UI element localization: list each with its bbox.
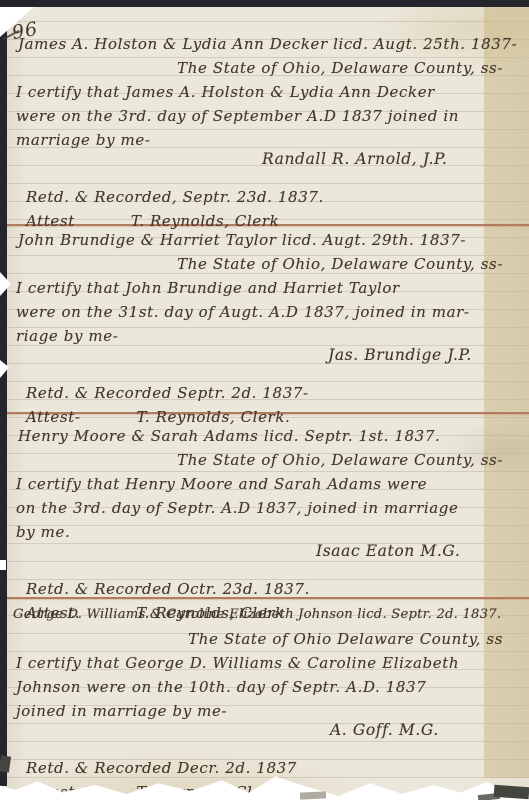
recorded-line: Retd. & Recorded Septr. 2d. 1837-	[0, 381, 529, 405]
recorded-line: Retd. & Recorded, Septr. 23d. 1837.	[0, 185, 529, 209]
recorded-line: Retd. & Recorded Decr. 2d. 1837	[0, 756, 529, 780]
top-binding-edge	[0, 0, 529, 7]
entry-state-line: The State of Ohio Delaware County, ss	[0, 627, 529, 651]
marriage-record-entry-4: George D. Williams & Caroline Elizabeth …	[0, 603, 529, 800]
entry-header: James A. Holston & Lydia Ann Decker licd…	[0, 32, 529, 56]
entry-header: John Brundige & Harriet Taylor licd. Aug…	[0, 228, 529, 252]
entry-body-line: on the 3rd. day of Septr. A.D 1837, join…	[0, 496, 529, 520]
ledger-page: 96 James A. Holston & Lydia Ann Decker l…	[0, 0, 529, 800]
recorded-line: Retd. & Recorded Octr. 23d. 1837.	[0, 577, 529, 601]
entry-state-line: The State of Ohio, Delaware County, ss-	[0, 56, 529, 80]
officiant-signature: Isaac Eaton M.G.	[316, 539, 529, 563]
entry-body-line: I certify that James A. Holston & Lydia …	[0, 80, 529, 104]
entry-header: George D. Williams & Caroline Elizabeth …	[0, 603, 529, 627]
officiant-signature: Jas. Brundige J.P.	[328, 343, 529, 367]
entry-header: Henry Moore & Sarah Adams licd. Septr. 1…	[0, 424, 529, 448]
entry-state-line: The State of Ohio, Delaware County, ss-	[0, 252, 529, 276]
marriage-record-entry-1: James A. Holston & Lydia Ann Decker licd…	[0, 32, 529, 233]
entry-body-line: I certify that Henry Moore and Sarah Ada…	[0, 472, 529, 496]
corner-binding-mark	[478, 793, 501, 800]
entry-body-line: Johnson were on the 10th. day of Septr. …	[0, 675, 529, 699]
marriage-record-entry-3: Henry Moore & Sarah Adams licd. Septr. 1…	[0, 424, 529, 625]
entry-body-line: I certify that George D. Williams & Caro…	[0, 651, 529, 675]
entry-body-line: I certify that John Brundige and Harriet…	[0, 276, 529, 300]
entry-body-line: were on the 31st. day of Augt. A.D 1837,…	[0, 300, 529, 324]
officiant-signature: A. Goff. M.G.	[330, 718, 529, 742]
entry-body-line: were on the 3rd. day of September A.D 18…	[0, 104, 529, 128]
entry-state-line: The State of Ohio, Delaware County, ss-	[0, 448, 529, 472]
officiant-signature: Randall R. Arnold, J.P.	[262, 147, 529, 171]
torn-paper-shadow	[300, 791, 326, 799]
marriage-record-entry-2: John Brundige & Harriet Taylor licd. Aug…	[0, 228, 529, 429]
